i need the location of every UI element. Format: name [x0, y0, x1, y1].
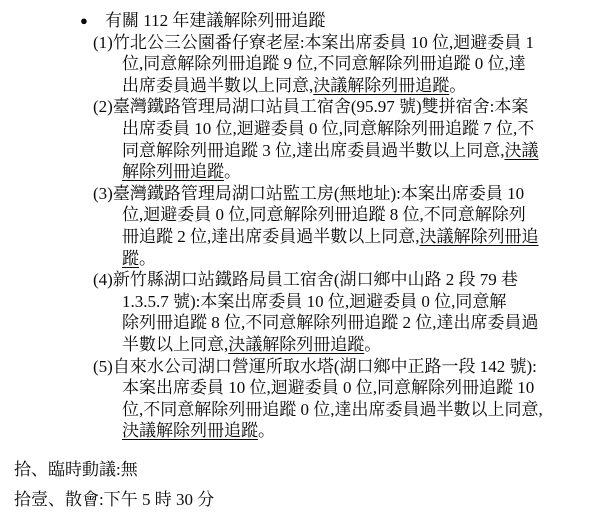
text-segment: (4)新竹縣湖口站鐵路局員工宿舍(湖口鄉中山路 2 段 79 巷 — [93, 270, 518, 289]
adjournment-line: 拾壹、散會:下午 5 時 30 分 — [14, 488, 600, 518]
text-line: 位,迴避委員 0 位,同意解除列冊追蹤 8 位,不同意解除列 — [0, 204, 600, 226]
text-segment: 本案出席委員 10 位,迴避委員 0 位,同意解除列冊追蹤 10 — [122, 378, 534, 397]
resolution-underline-text: 決議解除列冊追蹤 — [313, 76, 449, 95]
text-segment: 出席委員過半數以上同意, — [122, 76, 313, 95]
text-line: (4)新竹縣湖口站鐵路局員工宿舍(湖口鄉中山路 2 段 79 巷 — [0, 269, 600, 291]
text-segment: 半數以上同意, — [122, 335, 228, 354]
text-line: 本案出席委員 10 位,迴避委員 0 位,同意解除列冊追蹤 10 — [0, 377, 600, 399]
text-line: 位,不同意解除列冊追蹤 0 位,達出席委員過半數以上同意, — [0, 399, 600, 421]
text-line: 決議解除列冊追蹤。 — [0, 420, 600, 442]
document-body: ● 有關 112 年建議解除列冊追蹤 (1)竹北公三公園番仔寮老屋:本案出席委員… — [0, 10, 600, 518]
text-line: 解除列冊追蹤。 — [0, 161, 600, 183]
text-segment: 。 — [224, 162, 241, 181]
text-line: 位,同意解除列冊追蹤 9 位,不同意解除列冊追蹤 0 位,達 — [0, 53, 600, 75]
text-line: 出席委員過半數以上同意,決議解除列冊追蹤。 — [0, 75, 600, 97]
resolution-underline-text: 決議解除列冊追蹤 — [122, 421, 258, 440]
text-segment: 1.3.5.7 號):本案出席委員 10 位,迴避委員 0 位,同意解 — [122, 292, 506, 311]
text-segment: 除列冊追蹤 8 位,不同意解除列冊追蹤 2 位,達出席委員過 — [122, 313, 539, 332]
text-line: 除列冊追蹤 8 位,不同意解除列冊追蹤 2 位,達出席委員過 — [0, 312, 600, 334]
agenda-heading-row: ● 有關 112 年建議解除列冊追蹤 — [0, 10, 600, 32]
text-segment: (1)竹北公三公園番仔寮老屋:本案出席委員 10 位,迴避委員 1 — [93, 33, 534, 52]
text-segment: 同意解除列冊追蹤 3 位,達出席委員過半數以上同意, — [122, 141, 505, 160]
resolution-underline-text: 決議解除列冊追 — [420, 227, 539, 246]
text-line: 半數以上同意,決議解除列冊追蹤。 — [0, 334, 600, 356]
resolution-underline-text: 決議 — [505, 141, 539, 160]
text-segment: 。 — [449, 76, 466, 95]
text-line: (2)臺灣鐵路管理局湖口站員工宿舍(95.97 號)雙拼宿舍:本案 — [0, 96, 600, 118]
text-line: (1)竹北公三公園番仔寮老屋:本案出席委員 10 位,迴避委員 1 — [0, 32, 600, 54]
text-segment: 冊追蹤 2 位,達出席委員過半數以上同意, — [122, 227, 420, 246]
text-segment: (3)臺灣鐵路管理局湖口站監工房(無地址):本案出席委員 10 — [93, 184, 524, 203]
document-page: ● 有關 112 年建議解除列冊追蹤 (1)竹北公三公園番仔寮老屋:本案出席委員… — [0, 0, 600, 521]
text-segment: 位,同意解除列冊追蹤 9 位,不同意解除列冊追蹤 0 位,達 — [122, 54, 526, 73]
text-line: 1.3.5.7 號):本案出席委員 10 位,迴避委員 0 位,同意解 — [0, 291, 600, 313]
bullet-icon: ● — [80, 10, 88, 32]
text-segment: 位,迴避委員 0 位,同意解除列冊追蹤 8 位,不同意解除列 — [122, 205, 526, 224]
text-segment: 。 — [139, 249, 156, 268]
text-line: 出席委員 10 位,迴避委員 0 位,同意解除列冊追蹤 7 位,不 — [0, 118, 600, 140]
text-line: (3)臺灣鐵路管理局湖口站監工房(無地址):本案出席委員 10 — [0, 183, 600, 205]
text-segment: 。 — [364, 335, 381, 354]
text-segment: (5)自來水公司湖口營運所取水塔(湖口鄉中正路一段 142 號): — [93, 357, 537, 376]
resolution-underline-text: 解除列冊追蹤 — [122, 162, 224, 181]
closing-section: 拾、臨時動議:無 拾壹、散會:下午 5 時 30 分 — [0, 458, 600, 518]
resolution-list: (1)竹北公三公園番仔寮老屋:本案出席委員 10 位,迴避委員 1位,同意解除列… — [0, 32, 600, 442]
text-segment: 位,不同意解除列冊追蹤 0 位,達出席委員過半數以上同意, — [122, 400, 543, 419]
text-line: 同意解除列冊追蹤 3 位,達出席委員過半數以上同意,決議 — [0, 140, 600, 162]
text-line: 冊追蹤 2 位,達出席委員過半數以上同意,決議解除列冊追 — [0, 226, 600, 248]
resolution-underline-text: 決議解除列冊追蹤 — [228, 335, 364, 354]
extempore-motion-line: 拾、臨時動議:無 — [14, 458, 600, 488]
text-segment: 出席委員 10 位,迴避委員 0 位,同意解除列冊追蹤 7 位,不 — [122, 119, 534, 138]
text-line: 蹤。 — [0, 248, 600, 270]
text-segment: (2)臺灣鐵路管理局湖口站員工宿舍(95.97 號)雙拼宿舍:本案 — [93, 97, 528, 116]
text-segment: 。 — [258, 421, 275, 440]
resolution-underline-text: 蹤 — [122, 249, 139, 268]
agenda-heading-text: 有關 112 年建議解除列冊追蹤 — [105, 11, 325, 30]
text-line: (5)自來水公司湖口營運所取水塔(湖口鄉中正路一段 142 號): — [0, 356, 600, 378]
